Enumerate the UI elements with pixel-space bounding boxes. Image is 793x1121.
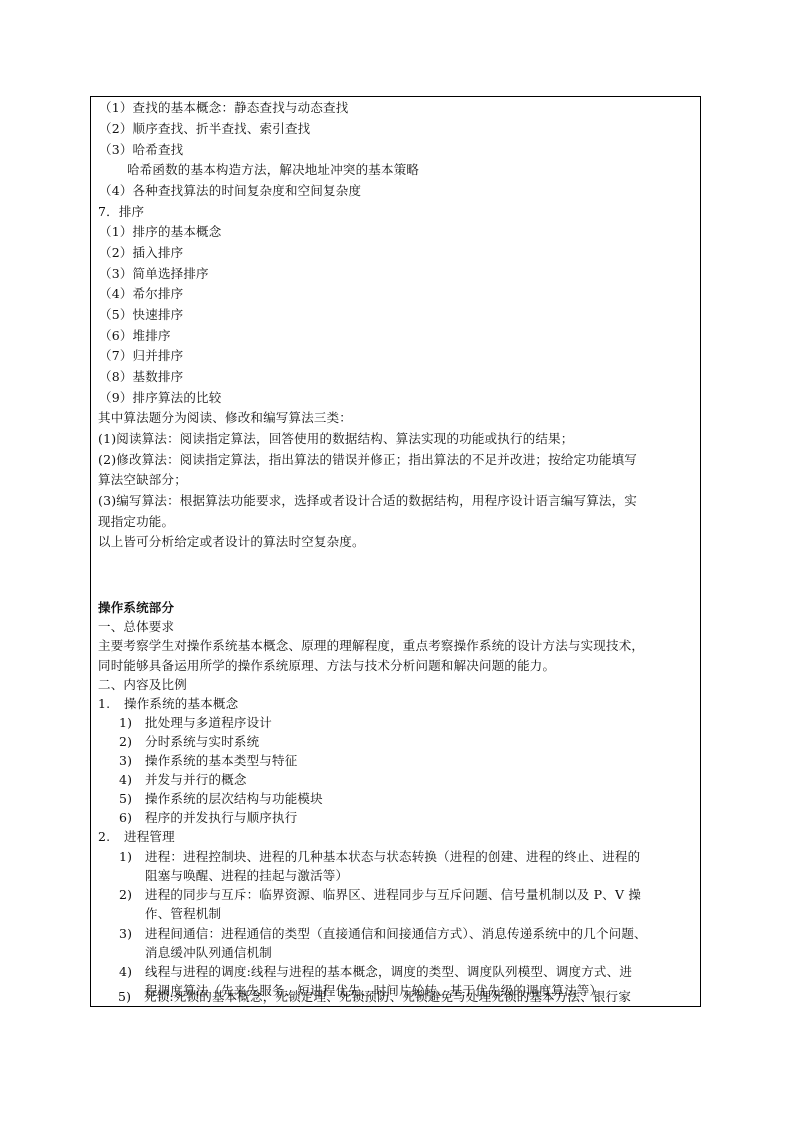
sort-item-9: （9）排序算法的比较: [99, 390, 692, 406]
topic-2-item-2-line1: 2)进程的同步与互斥：临界资源、临界区、进程同步与互斥问题、信号量机制以及 P、…: [119, 887, 692, 903]
os-section-title: 操作系统部分: [98, 600, 692, 616]
search-item-4: （4）各种查找算法的时间复杂度和空间复杂度: [99, 183, 692, 199]
topic-2-item-4-line1: 4)线程与进程的调度:线程与进程的基本概念，调度的类型、调度队列模型、调度方式、…: [119, 964, 692, 980]
sort-heading: 7．排序: [98, 204, 692, 220]
topic-2-item-3-line1: 3)进程间通信：进程通信的类型（直接通信和间接通信方式）、消息传递系统中的几个问…: [119, 926, 692, 942]
search-item-3-detail: 哈希函数的基本构造方法，解决地址冲突的基本策略: [127, 162, 692, 178]
search-item-3: （3）哈希查找: [99, 142, 692, 158]
topic-2-title: 进程管理: [124, 829, 175, 844]
algorithm-read: (1)阅读算法：阅读指定算法，回答使用的数据结构、算法实现的功能或执行的结果；: [98, 431, 692, 447]
content-heading: 二、内容及比例: [98, 677, 692, 693]
topic-2-heading: 2.进程管理: [98, 829, 692, 845]
topic-1-title: 操作系统的基本概念: [124, 696, 238, 711]
sort-item-4: （4）希尔排序: [99, 286, 692, 302]
topic-2-item-1-line2: 阻塞与唤醒、进程的挂起与激活等）: [145, 868, 692, 884]
topic-2-number: 2.: [98, 829, 124, 845]
algorithm-modify-line2: 算法空缺部分；: [98, 472, 692, 488]
complexity-note: 以上皆可分析给定或者设计的算法时空复杂度。: [98, 534, 692, 550]
topic-1-item-2: 2)分时系统与实时系统: [119, 734, 692, 750]
sort-item-8: （8）基数排序: [99, 369, 692, 385]
topic-1-number: 1.: [98, 696, 124, 712]
overall-requirements-line1: 主要考察学生对操作系统基本概念、原理的理解程度，重点考察操作系统的设计方法与实现…: [98, 638, 692, 654]
algorithm-write-line2: 现指定功能。: [98, 514, 692, 530]
sort-item-3: （3）简单选择排序: [99, 266, 692, 282]
topic-1-item-5: 5)操作系统的层次结构与功能模块: [119, 791, 692, 807]
topic-1-item-4: 4)并发与并行的概念: [119, 772, 692, 788]
sort-item-7: （7）归并排序: [99, 348, 692, 364]
sort-item-1: （1）排序的基本概念: [99, 224, 692, 240]
search-item-1: （1）查找的基本概念：静态查找与动态查找: [99, 100, 692, 116]
topic-2-item-2-line2: 作、管程机制: [145, 906, 692, 922]
document-table-cell: （1）查找的基本概念：静态查找与动态查找 （2）顺序查找、折半查找、索引查找 （…: [90, 96, 701, 1007]
overall-requirements-heading: 一、总体要求: [98, 619, 692, 635]
algorithm-modify-line1: (2)修改算法：阅读指定算法，指出算法的错误并修正；指出算法的不足并改进；按给定…: [98, 452, 692, 468]
topic-1-item-3: 3)操作系统的基本类型与特征: [119, 753, 692, 769]
topic-2-item-1-line1: 1)进程：进程控制块、进程的几种基本状态与状态转换（进程的创建、进程的终止、进程…: [119, 849, 692, 865]
topic-2-item-3-line2: 消息缓冲队列通信机制: [145, 945, 692, 961]
sort-item-6: （6）堆排序: [99, 328, 692, 344]
overall-requirements-line2: 同时能够具备运用所学的操作系统原理、方法与技术分析问题和解决问题的能力。: [98, 658, 692, 674]
algorithm-intro: 其中算法题分为阅读、修改和编写算法三类：: [98, 410, 692, 426]
topic-1-item-6: 6)程序的并发执行与顺序执行: [119, 810, 692, 826]
topic-2-item-4-line2: 程调度算法（先来先服务、短进程优先、时间片轮转、基于优先级的调度算法等）: [145, 983, 692, 999]
sort-item-5: （5）快速排序: [99, 307, 692, 323]
algorithm-write-line1: (3)编写算法：根据算法功能要求，选择或者设计合适的数据结构，用程序设计语言编写…: [98, 493, 692, 509]
topic-1-item-1: 1)批处理与多道程序设计: [119, 715, 692, 731]
sort-item-2: （2）插入排序: [99, 245, 692, 261]
search-item-2: （2）顺序查找、折半查找、索引查找: [99, 121, 692, 137]
topic-1-heading: 1.操作系统的基本概念: [98, 696, 692, 712]
